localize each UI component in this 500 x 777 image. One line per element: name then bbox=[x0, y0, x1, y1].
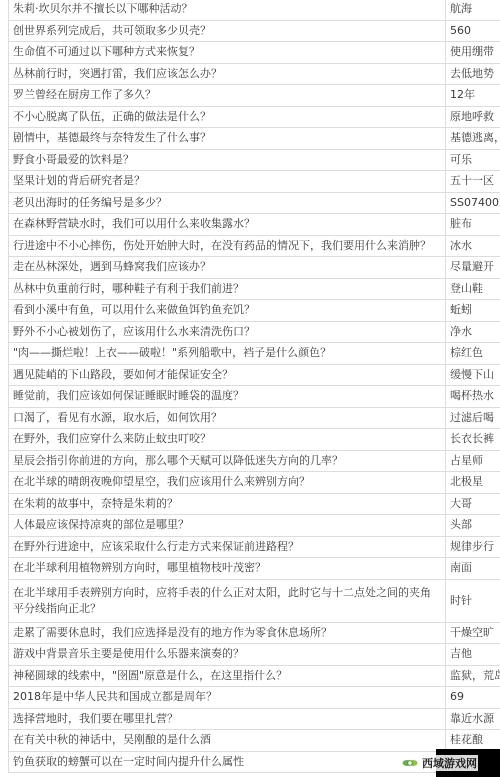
qa-table: 朱莉·坎贝尔并不擅长以下哪种活动？航海创世界系列完成后，共可领取多少贝壳？560… bbox=[8, 0, 500, 773]
answer-cell: 69 bbox=[446, 687, 500, 709]
answer-cell: 尽量避开 bbox=[446, 257, 500, 279]
table-row: 生命值不可通过以下哪种方式来恢复？使用绷带 bbox=[9, 42, 500, 64]
table-row: 在北半球的晴朗夜晚仰望星空，我们应该用什么来辨别方向？北极星 bbox=[9, 472, 500, 494]
table-row: 丛林前行时，突遇打雷，我们应该怎么办？去低地势 bbox=[9, 63, 500, 85]
answer-cell: 占星师 bbox=[446, 450, 500, 472]
table-row: 在北半球用手表辨别方向时，应将手表的什么正对太阳，此时它与十二点处之间的夹角平分… bbox=[9, 579, 500, 622]
site-watermark: 西域游戏网 bbox=[400, 749, 500, 777]
table-row: 坚果计划的背后研究者是？五十一区 bbox=[9, 171, 500, 193]
answer-cell: 登山鞋 bbox=[446, 278, 500, 300]
table-row: 在森林野营缺水时，我们可以用什么来收集露水？脏布 bbox=[9, 214, 500, 236]
table-row: 走在丛林深处，遇到马蜂窝我们应该办？尽量避开 bbox=[9, 257, 500, 279]
question-cell: 睡觉前，我们应该如何保证睡眠时睡袋的温度？ bbox=[9, 386, 446, 408]
answer-cell: 南面 bbox=[446, 558, 500, 580]
question-cell: 在北半球的晴朗夜晚仰望星空，我们应该用什么来辨别方向？ bbox=[9, 472, 446, 494]
answer-cell: 560 bbox=[446, 20, 500, 42]
answer-cell: 12年 bbox=[446, 85, 500, 107]
question-cell: 野外不小心被划伤了，应该用什么水来清洗伤口？ bbox=[9, 321, 446, 343]
table-row: 创世界系列完成后，共可领取多少贝壳？560 bbox=[9, 20, 500, 42]
table-row: 在野外，我们应穿什么来防止蚊虫叮咬？长衣长裤 bbox=[9, 429, 500, 451]
answer-cell: 监狱，荒岛 bbox=[446, 665, 500, 687]
answer-cell: 使用绷带 bbox=[446, 42, 500, 64]
answer-cell: 过滤后喝 bbox=[446, 407, 500, 429]
question-cell: 遇见陡峭的下山路段，要如何才能保证安全？ bbox=[9, 364, 446, 386]
table-row: 神秘圆球的线索中，"囹圄"原意是什么，在这里指什么？监狱，荒岛 bbox=[9, 665, 500, 687]
table-row: 野食小哥最爱的饮料是？可乐 bbox=[9, 149, 500, 171]
question-cell: 朱莉·坎贝尔并不擅长以下哪种活动？ bbox=[9, 0, 446, 20]
question-cell: 选择营地时，我们要在哪里扎营？ bbox=[9, 708, 446, 730]
table-row: 野外不小心被划伤了，应该用什么水来清洗伤口？净水 bbox=[9, 321, 500, 343]
table-row: 口渴了，看见有水源，取水后，如何饮用？过滤后喝 bbox=[9, 407, 500, 429]
table-row: 不小心脱离了队伍，正确的做法是什么？原地呼救 bbox=[9, 106, 500, 128]
question-cell: 在野外行进途中，应该采取什么行走方式来保证前进路程？ bbox=[9, 536, 446, 558]
table-row: 丛林中负重前行时，哪种鞋子有利于我们前进？登山鞋 bbox=[9, 278, 500, 300]
table-row: 在野外行进途中，应该采取什么行走方式来保证前进路程？规律步行 bbox=[9, 536, 500, 558]
table-row: 走累了需要休息时，我们应选择是没有的地方作为零食休息场所？干燥空旷 bbox=[9, 622, 500, 644]
question-cell: 坚果计划的背后研究者是？ bbox=[9, 171, 446, 193]
question-cell: 星辰会指引你前进的方向，那么哪个天赋可以降低迷失方向的几率？ bbox=[9, 450, 446, 472]
question-cell: 人体最应该保持凉爽的部位是哪里？ bbox=[9, 515, 446, 537]
question-cell: 创世界系列完成后，共可领取多少贝壳？ bbox=[9, 20, 446, 42]
table-row: 睡觉前，我们应该如何保证睡眠时睡袋的温度？喝杯热水 bbox=[9, 386, 500, 408]
question-cell: 走累了需要休息时，我们应选择是没有的地方作为零食休息场所？ bbox=[9, 622, 446, 644]
answer-cell: 规律步行 bbox=[446, 536, 500, 558]
question-cell: 游戏中背景音乐主要是使用什么乐器来演奏的？ bbox=[9, 644, 446, 666]
table-row: 选择营地时，我们要在哪里扎营？靠近水源 bbox=[9, 708, 500, 730]
answer-cell: 棕红色 bbox=[446, 343, 500, 365]
answer-cell: 喝杯热水 bbox=[446, 386, 500, 408]
answer-cell: 时针 bbox=[446, 579, 500, 622]
table-row: 在北半球利用植物辨别方向时，哪里植物枝叶茂密？南面 bbox=[9, 558, 500, 580]
table-row: 罗兰曾经在厨房工作了多久？12年 bbox=[9, 85, 500, 107]
answer-cell: 长衣长裤 bbox=[446, 429, 500, 451]
answer-cell: 蚯蚓 bbox=[446, 300, 500, 322]
answer-cell: 干燥空旷 bbox=[446, 622, 500, 644]
question-cell: 钓鱼获取的螃蟹可以在一定时间内提升什么属性 bbox=[9, 751, 446, 773]
question-cell: 罗兰曾经在厨房工作了多久？ bbox=[9, 85, 446, 107]
question-cell: 看到小溪中有鱼，可以用什么来做鱼饵钓鱼充饥？ bbox=[9, 300, 446, 322]
question-cell: 生命值不可通过以下哪种方式来恢复？ bbox=[9, 42, 446, 64]
question-cell: 在北半球利用植物辨别方向时，哪里植物枝叶茂密？ bbox=[9, 558, 446, 580]
answer-cell: 北极星 bbox=[446, 472, 500, 494]
answer-cell: 缓慢下山 bbox=[446, 364, 500, 386]
question-cell: 在野外，我们应穿什么来防止蚊虫叮咬？ bbox=[9, 429, 446, 451]
question-cell: 老贝出海时的任务编号是多少？ bbox=[9, 192, 446, 214]
question-cell: "肉——撕烂啦！上衣——破啦！"系列船歌中，裆子是什么颜色？ bbox=[9, 343, 446, 365]
answer-cell: SS074002 bbox=[446, 192, 500, 214]
answer-cell: 可乐 bbox=[446, 149, 500, 171]
table-row: 老贝出海时的任务编号是多少？SS074002 bbox=[9, 192, 500, 214]
leaf-logo-icon bbox=[402, 756, 418, 770]
table-row: 行进途中不小心摔伤，伤处开始肿大时，在没有药品的情况下，我们要用什么来消肿？冰水 bbox=[9, 235, 500, 257]
table-row: 看到小溪中有鱼，可以用什么来做鱼饵钓鱼充饥？蚯蚓 bbox=[9, 300, 500, 322]
question-cell: 在北半球用手表辨别方向时，应将手表的什么正对太阳，此时它与十二点处之间的夹角平分… bbox=[9, 579, 446, 622]
question-cell: 剧情中，基德最终与奈特发生了什么事？ bbox=[9, 128, 446, 150]
question-cell: 在有关中秋的神话中，吴刚酿的是什么酒 bbox=[9, 730, 446, 752]
answer-cell: 冰水 bbox=[446, 235, 500, 257]
table-row: 在朱莉的故事中，奈特是朱莉的？大哥 bbox=[9, 493, 500, 515]
table-row: 人体最应该保持凉爽的部位是哪里？头部 bbox=[9, 515, 500, 537]
question-cell: 行进途中不小心摔伤，伤处开始肿大时，在没有药品的情况下，我们要用什么来消肿？ bbox=[9, 235, 446, 257]
table-row: 星辰会指引你前进的方向，那么哪个天赋可以降低迷失方向的几率？占星师 bbox=[9, 450, 500, 472]
qa-table-body: 朱莉·坎贝尔并不擅长以下哪种活动？航海创世界系列完成后，共可领取多少贝壳？560… bbox=[9, 0, 500, 773]
answer-cell: 脏布 bbox=[446, 214, 500, 236]
answer-cell: 原地呼救 bbox=[446, 106, 500, 128]
table-row: 剧情中，基德最终与奈特发生了什么事？基德逃离， bbox=[9, 128, 500, 150]
answer-cell: 五十一区 bbox=[446, 171, 500, 193]
question-cell: 在朱莉的故事中，奈特是朱莉的？ bbox=[9, 493, 446, 515]
question-cell: 野食小哥最爱的饮料是？ bbox=[9, 149, 446, 171]
question-cell: 丛林前行时，突遇打雷，我们应该怎么办？ bbox=[9, 63, 446, 85]
table-row: 遇见陡峭的下山路段，要如何才能保证安全？缓慢下山 bbox=[9, 364, 500, 386]
answer-cell: 吉他 bbox=[446, 644, 500, 666]
answer-cell: 大哥 bbox=[446, 493, 500, 515]
answer-cell: 靠近水源 bbox=[446, 708, 500, 730]
answer-cell: 航海 bbox=[446, 0, 500, 20]
answer-cell: 头部 bbox=[446, 515, 500, 537]
answer-cell: 净水 bbox=[446, 321, 500, 343]
answer-cell: 桂花酿 bbox=[446, 730, 500, 752]
question-cell: 在森林野营缺水时，我们可以用什么来收集露水？ bbox=[9, 214, 446, 236]
question-cell: 口渴了，看见有水源，取水后，如何饮用？ bbox=[9, 407, 446, 429]
question-cell: 丛林中负重前行时，哪种鞋子有利于我们前进？ bbox=[9, 278, 446, 300]
question-cell: 神秘圆球的线索中，"囹圄"原意是什么，在这里指什么？ bbox=[9, 665, 446, 687]
table-row: 朱莉·坎贝尔并不擅长以下哪种活动？航海 bbox=[9, 0, 500, 20]
table-row: 游戏中背景音乐主要是使用什么乐器来演奏的？吉他 bbox=[9, 644, 500, 666]
question-cell: 走在丛林深处，遇到马蜂窝我们应该办？ bbox=[9, 257, 446, 279]
question-cell: 不小心脱离了队伍，正确的做法是什么？ bbox=[9, 106, 446, 128]
table-row: "肉——撕烂啦！上衣——破啦！"系列船歌中，裆子是什么颜色？棕红色 bbox=[9, 343, 500, 365]
answer-cell: 基德逃离， bbox=[446, 128, 500, 150]
answer-cell: 去低地势 bbox=[446, 63, 500, 85]
table-row: 2018年是中华人民共和国成立都是周年？69 bbox=[9, 687, 500, 709]
watermark-text: 西域游戏网 bbox=[421, 755, 478, 771]
question-cell: 2018年是中华人民共和国成立都是周年？ bbox=[9, 687, 446, 709]
table-row: 在有关中秋的神话中，吴刚酿的是什么酒桂花酿 bbox=[9, 730, 500, 752]
